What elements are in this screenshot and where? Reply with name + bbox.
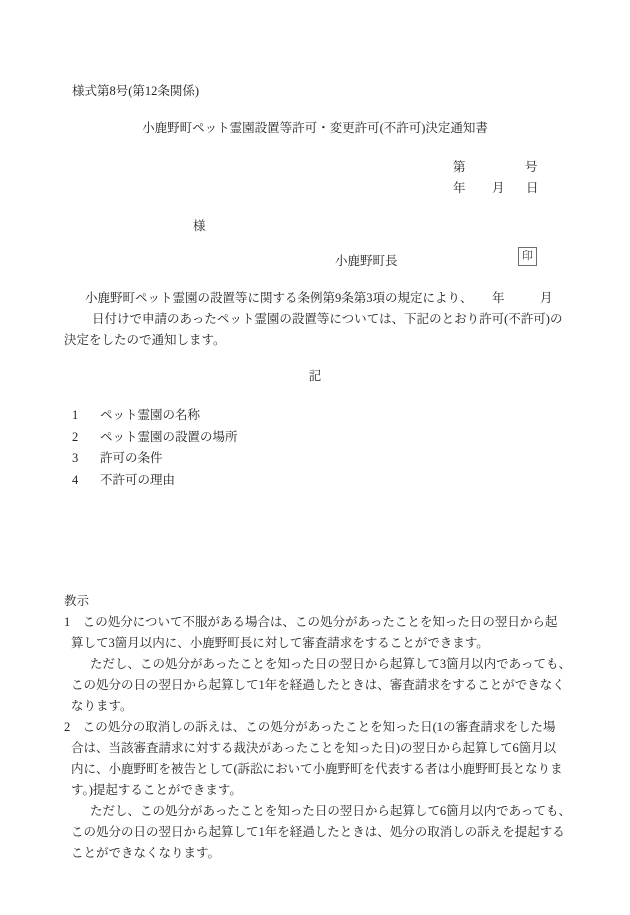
kyoji-line: この処分の日の翌日から起算して1年を経過したときは、審査請求をすることができなく: [64, 675, 565, 696]
doc-number-prefix: 第: [453, 157, 466, 178]
kyoji-line: す。)提起することができます。: [64, 780, 242, 801]
document-title: 小鹿野町ペット霊園設置等許可・変更許可(不許可)決定通知書: [0, 118, 630, 139]
date-year-label: 年: [453, 178, 466, 199]
list-item-label: 不許可の理由: [100, 470, 175, 491]
document-page: 様式第8号(第12条関係) 小鹿野町ペット霊園設置等許可・変更許可(不許可)決定…: [0, 0, 630, 915]
list-item-label: ペット霊園の設置の場所: [100, 427, 238, 448]
kyoji-line: 算して3箇月以内に、小鹿野町長に対して審査請求をすることができます。: [64, 633, 489, 654]
list-item-number: 1: [72, 405, 78, 426]
kyoji-line: ただし、この処分があったことを知った日の翌日から起算して6箇月以内であっても、: [64, 801, 571, 822]
seal-label: 印: [522, 251, 533, 262]
issuer-title: 小鹿野町長: [335, 251, 398, 272]
list-item-number: 4: [72, 470, 78, 491]
date-month-label: 月: [492, 178, 505, 199]
date-day-label: 日: [526, 178, 539, 199]
list-item-number: 3: [72, 448, 78, 469]
seal-placeholder-box: 印: [518, 247, 537, 266]
kyoji-line: ことができなくなります。: [64, 843, 220, 864]
body-line-1: 小鹿野町ペット霊園の設置等に関する条例第9条第3項の規定により、: [85, 288, 473, 309]
body-line-2: 日付けで申請のあったペット霊園の設置等については、下記のとおり許可(不許可)の: [92, 309, 562, 330]
kyoji-line: ただし、この処分があったことを知った日の翌日から起算して3箇月以内であっても、: [64, 654, 571, 675]
kyoji-line: 内に、小鹿野町を被告として(訴訟において小鹿野町を代表する者は小鹿野町長となりま: [64, 759, 563, 780]
ki-heading: 記: [0, 366, 630, 387]
body-line-3: 決定をしたので通知します。: [64, 330, 226, 351]
kyoji-heading: 教示: [64, 591, 89, 612]
body-month-blank: 月: [540, 288, 553, 309]
kyoji-line: 2 この処分の取消しの訴えは、この処分があったことを知った日(1の審査請求をした…: [64, 717, 556, 738]
list-item-label: 許可の条件: [100, 448, 163, 469]
kyoji-line: なります。: [64, 696, 133, 717]
list-item-label: ペット霊園の名称: [100, 405, 200, 426]
kyoji-line: 1 この処分について不服がある場合は、この処分があったことを知った日の翌日から起: [64, 612, 557, 633]
recipient-sama-label: 様: [193, 216, 206, 237]
form-number: 様式第8号(第12条関係): [72, 81, 199, 102]
doc-number-suffix: 号: [525, 157, 538, 178]
kyoji-line: この処分の日の翌日から起算して1年を経過したときは、処分の取消しの訴えを提起する: [64, 822, 565, 843]
list-item-number: 2: [72, 427, 78, 448]
body-year-blank: 年: [492, 288, 505, 309]
kyoji-line: 合は、当該審査請求に対する裁決があったことを知った日)の翌日から起算して6箇月以: [64, 738, 556, 759]
